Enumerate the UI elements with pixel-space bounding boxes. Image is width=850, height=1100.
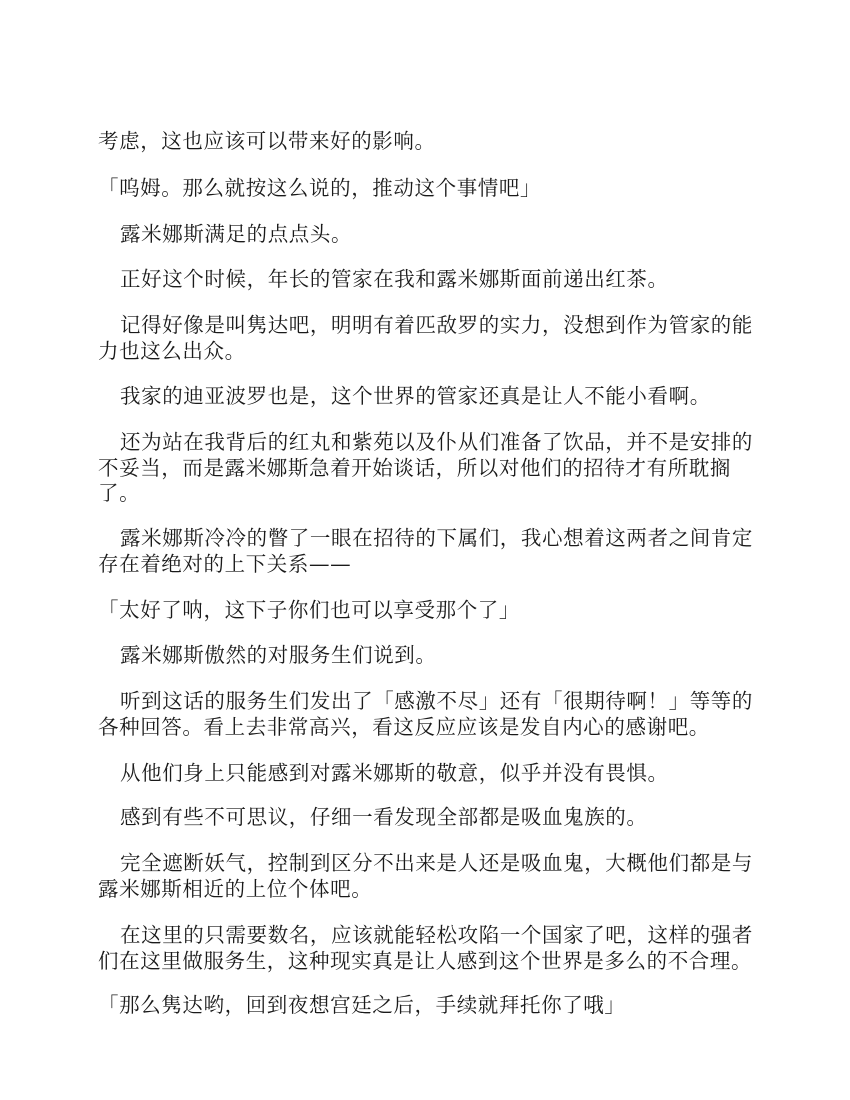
text-line: 存在着绝对的上下关系—— bbox=[98, 552, 758, 578]
paragraph: 在这里的只需要数名，应该就能轻松攻陷一个国家了吧，这样的强者 们在这里做服务生，… bbox=[98, 923, 758, 974]
text-line: 们在这里做服务生，这种现实真是让人感到这个世界是多么的不合理。 bbox=[98, 949, 758, 975]
text-line: 正好这个时候，年长的管家在我和露米娜斯面前递出红茶。 bbox=[98, 267, 758, 293]
text-line: 考虑，这也应该可以带来好的影响。 bbox=[98, 129, 758, 155]
dialogue-paragraph: 「那么隽达哟，回到夜想宫廷之后，手续就拜托你了哦」 bbox=[98, 993, 758, 1019]
text-line: 「呜姆。那么就按这么说的，推动这个事情吧」 bbox=[98, 176, 758, 202]
text-line: 了。 bbox=[98, 481, 758, 507]
text-line: 在这里的只需要数名，应该就能轻松攻陷一个国家了吧，这样的强者 bbox=[98, 923, 758, 949]
text-line: 还为站在我背后的红丸和紫苑以及仆从们准备了饮品，并不是安排的 bbox=[98, 430, 758, 456]
text-line: 力也这么出众。 bbox=[98, 339, 758, 365]
paragraph: 露米娜斯冷冷的瞥了一眼在招待的下属们，我心想着这两者之间肯定 存在着绝对的上下关… bbox=[98, 526, 758, 577]
document-page: 考虑，这也应该可以带来好的影响。 「呜姆。那么就按这么说的，推动这个事情吧」 露… bbox=[0, 0, 850, 1100]
text-line: 露米娜斯傲然的对服务生们说到。 bbox=[98, 643, 758, 669]
text-line: 不妥当，而是露米娜斯急着开始谈话，所以对他们的招待才有所耽搁 bbox=[98, 456, 758, 482]
paragraph: 我家的迪亚波罗也是，这个世界的管家还真是让人不能小看啊。 bbox=[98, 384, 758, 410]
text-line: 我家的迪亚波罗也是，这个世界的管家还真是让人不能小看啊。 bbox=[98, 384, 758, 410]
text-line: 听到这话的服务生们发出了「感激不尽」还有「很期待啊！」等等的 bbox=[98, 689, 758, 715]
paragraph: 考虑，这也应该可以带来好的影响。 bbox=[98, 129, 758, 155]
paragraph: 正好这个时候，年长的管家在我和露米娜斯面前递出红茶。 bbox=[98, 267, 758, 293]
text-line: 「太好了呐，这下子你们也可以享受那个了」 bbox=[98, 598, 758, 624]
dialogue-paragraph: 「太好了呐，这下子你们也可以享受那个了」 bbox=[98, 598, 758, 624]
paragraph: 露米娜斯满足的点点头。 bbox=[98, 222, 758, 248]
paragraph: 还为站在我背后的红丸和紫苑以及仆从们准备了饮品，并不是安排的 不妥当，而是露米娜… bbox=[98, 430, 758, 507]
paragraph: 听到这话的服务生们发出了「感激不尽」还有「很期待啊！」等等的 各种回答。看上去非… bbox=[98, 689, 758, 740]
text-line: 「那么隽达哟，回到夜想宫廷之后，手续就拜托你了哦」 bbox=[98, 993, 758, 1019]
text-line: 从他们身上只能感到对露米娜斯的敬意，似乎并没有畏惧。 bbox=[98, 761, 758, 787]
text-line: 各种回答。看上去非常高兴，看这反应应该是发自内心的感谢吧。 bbox=[98, 715, 758, 741]
text-line: 露米娜斯相近的上位个体吧。 bbox=[98, 877, 758, 903]
paragraph: 从他们身上只能感到对露米娜斯的敬意，似乎并没有畏惧。 bbox=[98, 761, 758, 787]
text-line: 露米娜斯满足的点点头。 bbox=[98, 222, 758, 248]
text-line: 露米娜斯冷冷的瞥了一眼在招待的下属们，我心想着这两者之间肯定 bbox=[98, 526, 758, 552]
text-line: 感到有些不可思议，仔细一看发现全部都是吸血鬼族的。 bbox=[98, 805, 758, 831]
text-line: 记得好像是叫隽达吧，明明有着匹敌罗的实力，没想到作为管家的能 bbox=[98, 313, 758, 339]
paragraph: 完全遮断妖气，控制到区分不出来是人还是吸血鬼，大概他们都是与 露米娜斯相近的上位… bbox=[98, 851, 758, 902]
text-line: 完全遮断妖气，控制到区分不出来是人还是吸血鬼，大概他们都是与 bbox=[98, 851, 758, 877]
paragraph: 记得好像是叫隽达吧，明明有着匹敌罗的实力，没想到作为管家的能 力也这么出众。 bbox=[98, 313, 758, 364]
paragraph: 露米娜斯傲然的对服务生们说到。 bbox=[98, 643, 758, 669]
paragraph: 感到有些不可思议，仔细一看发现全部都是吸血鬼族的。 bbox=[98, 805, 758, 831]
dialogue-paragraph: 「呜姆。那么就按这么说的，推动这个事情吧」 bbox=[98, 176, 758, 202]
